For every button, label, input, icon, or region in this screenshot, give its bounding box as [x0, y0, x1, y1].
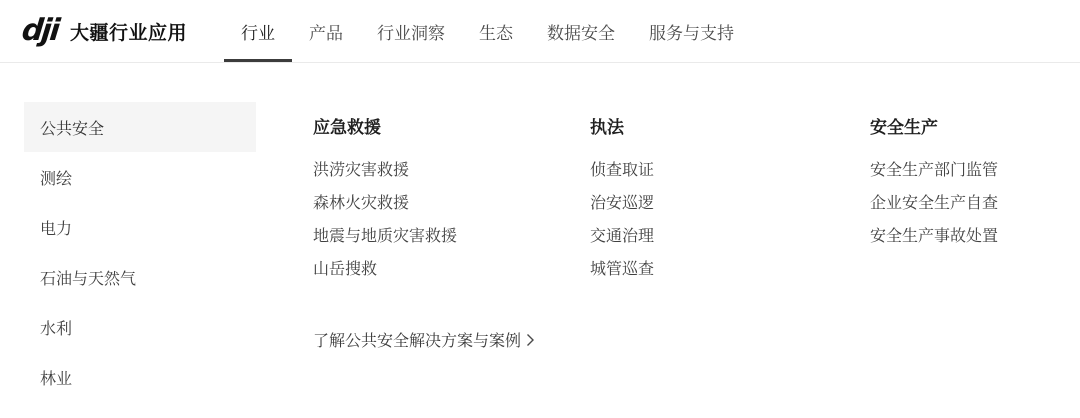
industries-megamenu: 公共安全 测绘 电力 石油与天然气 水利 林业 应急救援 洪涝灾害救援 森林火灾… — [0, 64, 1080, 418]
column-work-safety: 安全生产 安全生产部门监管 企业安全生产自查 安全生产事故处置 — [870, 118, 998, 253]
chevron-right-icon — [526, 333, 535, 347]
brand-name: 大疆行业应用 — [70, 18, 187, 45]
sidebar-item-oil-gas[interactable]: 石油与天然气 — [24, 252, 256, 302]
top-navigation-bar: dji 大疆行业应用 行业 产品 行业洞察 生态 数据安全 服务与支持 — [0, 0, 1080, 63]
cta-public-safety-solutions[interactable]: 了解公共安全解决方案与案例 — [313, 328, 535, 351]
column-title: 应急救援 — [313, 118, 457, 138]
column-links: 安全生产部门监管 企业安全生产自查 安全生产事故处置 — [870, 154, 998, 253]
nav-item-products[interactable]: 产品 — [292, 0, 360, 62]
nav-item-service-support[interactable]: 服务与支持 — [632, 0, 751, 62]
nav-item-industries[interactable]: 行业 — [224, 0, 292, 62]
industry-category-list: 公共安全 测绘 电力 石油与天然气 水利 林业 — [24, 102, 256, 402]
column-links: 洪涝灾害救援 森林火灾救援 地震与地质灾害救援 山岳搜救 — [313, 154, 457, 286]
main-nav: 行业 产品 行业洞察 生态 数据安全 服务与支持 — [224, 0, 751, 62]
menu-link-earthquake-geological-rescue[interactable]: 地震与地质灾害救援 — [313, 220, 457, 253]
column-title: 执法 — [590, 118, 654, 138]
sidebar-item-surveying-mapping[interactable]: 测绘 — [24, 152, 256, 202]
nav-item-data-security[interactable]: 数据安全 — [530, 0, 632, 62]
menu-link-investigation-evidence[interactable]: 侦查取证 — [590, 154, 654, 187]
nav-item-industry-insights[interactable]: 行业洞察 — [360, 0, 462, 62]
menu-link-forest-fire-rescue[interactable]: 森林火灾救援 — [313, 187, 457, 220]
sidebar-item-forestry[interactable]: 林业 — [24, 352, 256, 402]
sidebar-item-water-conservancy[interactable]: 水利 — [24, 302, 256, 352]
column-links: 侦查取证 治安巡逻 交通治理 城管巡查 — [590, 154, 654, 286]
column-title: 安全生产 — [870, 118, 998, 138]
dji-enterprise-page: dji 大疆行业应用 行业 产品 行业洞察 生态 数据安全 服务与支持 公共安全… — [0, 0, 1080, 418]
menu-link-safety-dept-supervision[interactable]: 安全生产部门监管 — [870, 154, 998, 187]
column-emergency-rescue: 应急救援 洪涝灾害救援 森林火灾救援 地震与地质灾害救援 山岳搜救 — [313, 118, 457, 286]
brand-home-link[interactable]: dji 大疆行业应用 — [22, 0, 187, 62]
column-law-enforcement: 执法 侦查取证 治安巡逻 交通治理 城管巡查 — [590, 118, 654, 286]
menu-link-urban-management-inspection[interactable]: 城管巡查 — [590, 253, 654, 286]
menu-link-security-patrol[interactable]: 治安巡逻 — [590, 187, 654, 220]
nav-item-ecosystem[interactable]: 生态 — [462, 0, 530, 62]
menu-link-mountain-search-rescue[interactable]: 山岳搜救 — [313, 253, 457, 286]
sidebar-item-electric-power[interactable]: 电力 — [24, 202, 256, 252]
sidebar-item-public-safety[interactable]: 公共安全 — [24, 102, 256, 152]
menu-link-safety-accident-handling[interactable]: 安全生产事故处置 — [870, 220, 998, 253]
dji-logo-icon: dji — [20, 16, 59, 46]
menu-link-traffic-management[interactable]: 交通治理 — [590, 220, 654, 253]
cta-label: 了解公共安全解决方案与案例 — [313, 328, 521, 351]
menu-link-enterprise-safety-self-check[interactable]: 企业安全生产自查 — [870, 187, 998, 220]
menu-link-flood-rescue[interactable]: 洪涝灾害救援 — [313, 154, 457, 187]
